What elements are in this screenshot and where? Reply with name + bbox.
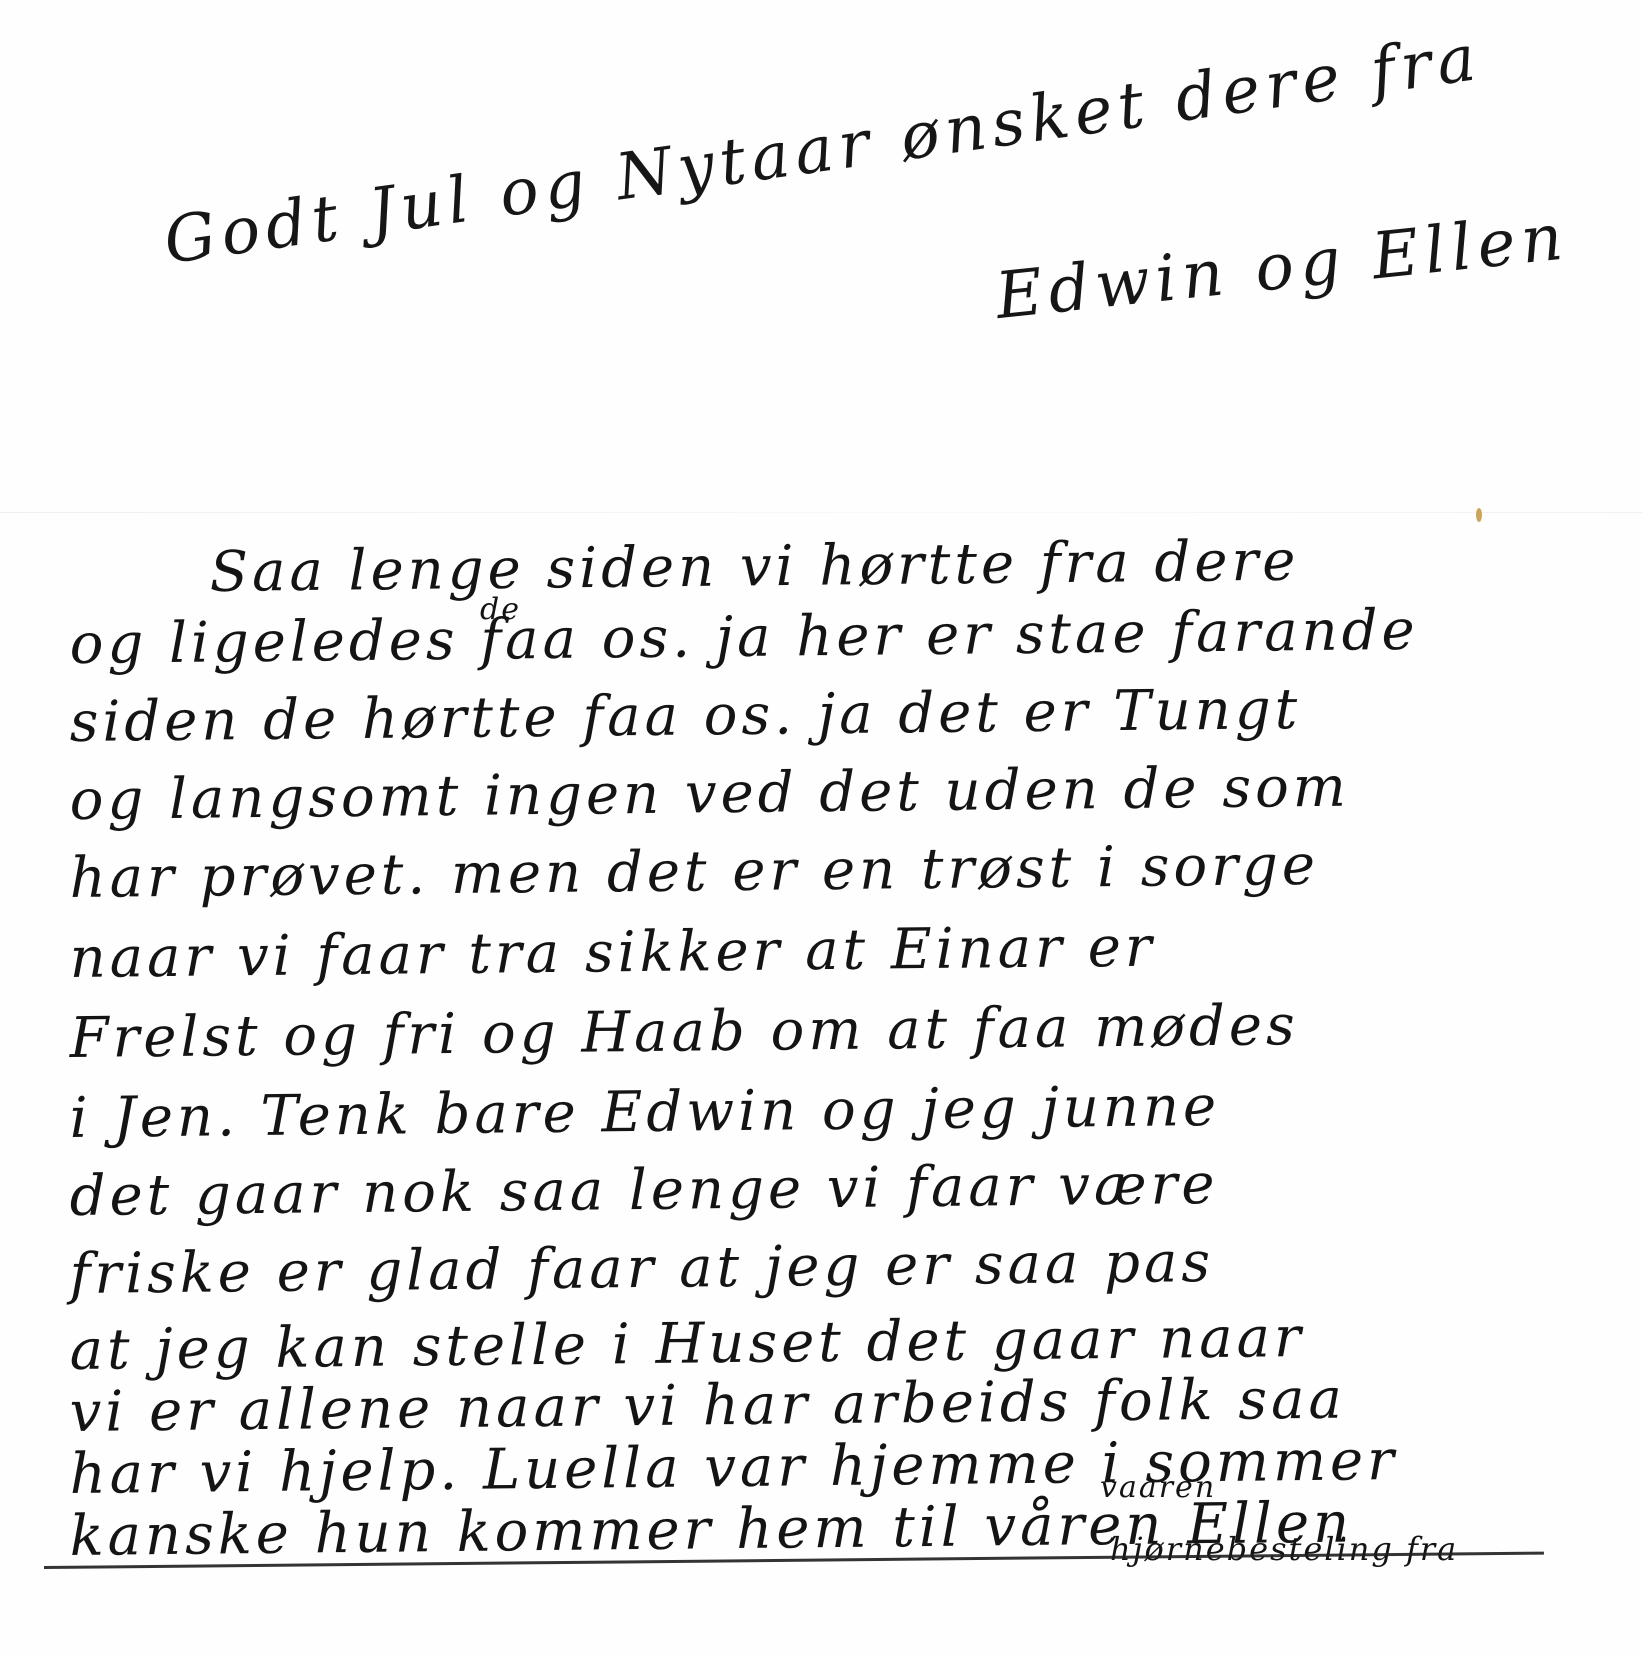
body-line-9: det gaar nok saa lenge vi faar være [69, 1152, 1218, 1229]
body-line-6: naar vi faar tra sikker at Einar er [69, 915, 1156, 991]
paper-stain [1476, 508, 1482, 522]
body-line-2: og ligeledes faa os. ja her er stae fara… [69, 598, 1419, 677]
greeting-block: Godt Jul og Nytaar ønsket dere fra Edwin… [170, 110, 1550, 310]
body-line-10: friske er glad faar at jeg er saa pas [69, 1230, 1214, 1307]
body-line-7: Frelst og fri og Haab om at faa mødes [69, 993, 1299, 1071]
faint-fold-line [0, 512, 1642, 513]
body-line-3: siden de hørtte faa os. ja det er Tungt [69, 677, 1301, 755]
body-line-4: og langsomt ingen ved det uden de som [69, 755, 1350, 833]
body-line-5: har prøvet. men det er en trøst i sorge [69, 833, 1319, 911]
superscript-insertion: de [480, 592, 521, 627]
body-line-1: Saa lenge siden vi hørtte fra dere [209, 529, 1299, 605]
letter-page: Godt Jul og Nytaar ønsket dere fra Edwin… [0, 0, 1642, 1656]
below-line-insertion: hjørnebesteling fra [1110, 1530, 1458, 1568]
body-line-8: i Jen. Tenk bare Edwin og jeg junne [69, 1074, 1220, 1151]
greeting-signature: Edwin og Ellen [992, 200, 1572, 334]
body-line-2-text: og ligeledes faa os. ja her er stae fara… [69, 598, 1419, 677]
